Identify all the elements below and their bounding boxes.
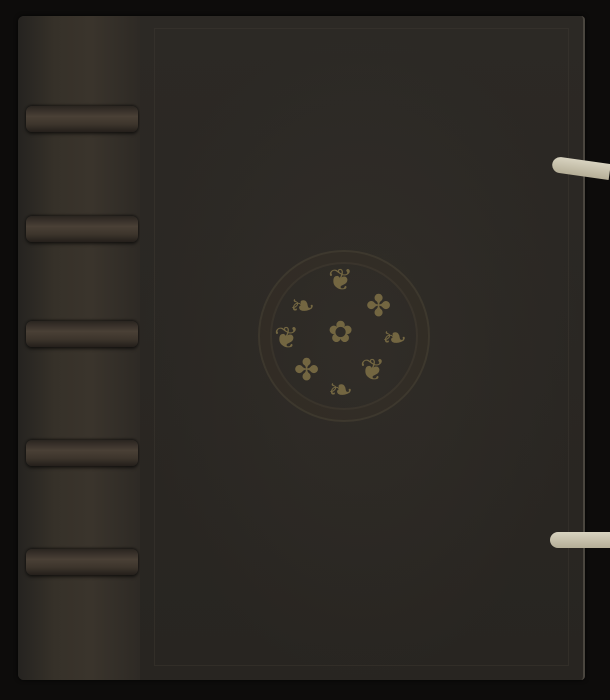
lower-fabric-tie — [550, 532, 610, 548]
spine-band — [26, 440, 138, 466]
fleuron-icon: ❧ — [328, 376, 353, 406]
fleuron-icon: ✤ — [294, 356, 319, 386]
spine-band — [26, 321, 138, 347]
gilt-medallion: ❦ ❧ ✤ ❦ ✿ ❧ ✤ ❦ ❧ — [258, 250, 430, 422]
book-spine — [18, 16, 143, 680]
fleuron-icon: ❦ — [274, 324, 299, 354]
spine-band — [26, 106, 138, 132]
fleuron-icon: ✤ — [366, 292, 391, 322]
fleuron-icon: ❦ — [360, 356, 385, 386]
spine-band — [26, 216, 138, 242]
fleuron-icon: ❧ — [382, 324, 407, 354]
fleuron-icon: ❦ — [328, 266, 353, 296]
fleuron-icon: ❧ — [290, 292, 315, 322]
spine-band — [26, 549, 138, 575]
fleuron-icon: ✿ — [328, 318, 353, 348]
